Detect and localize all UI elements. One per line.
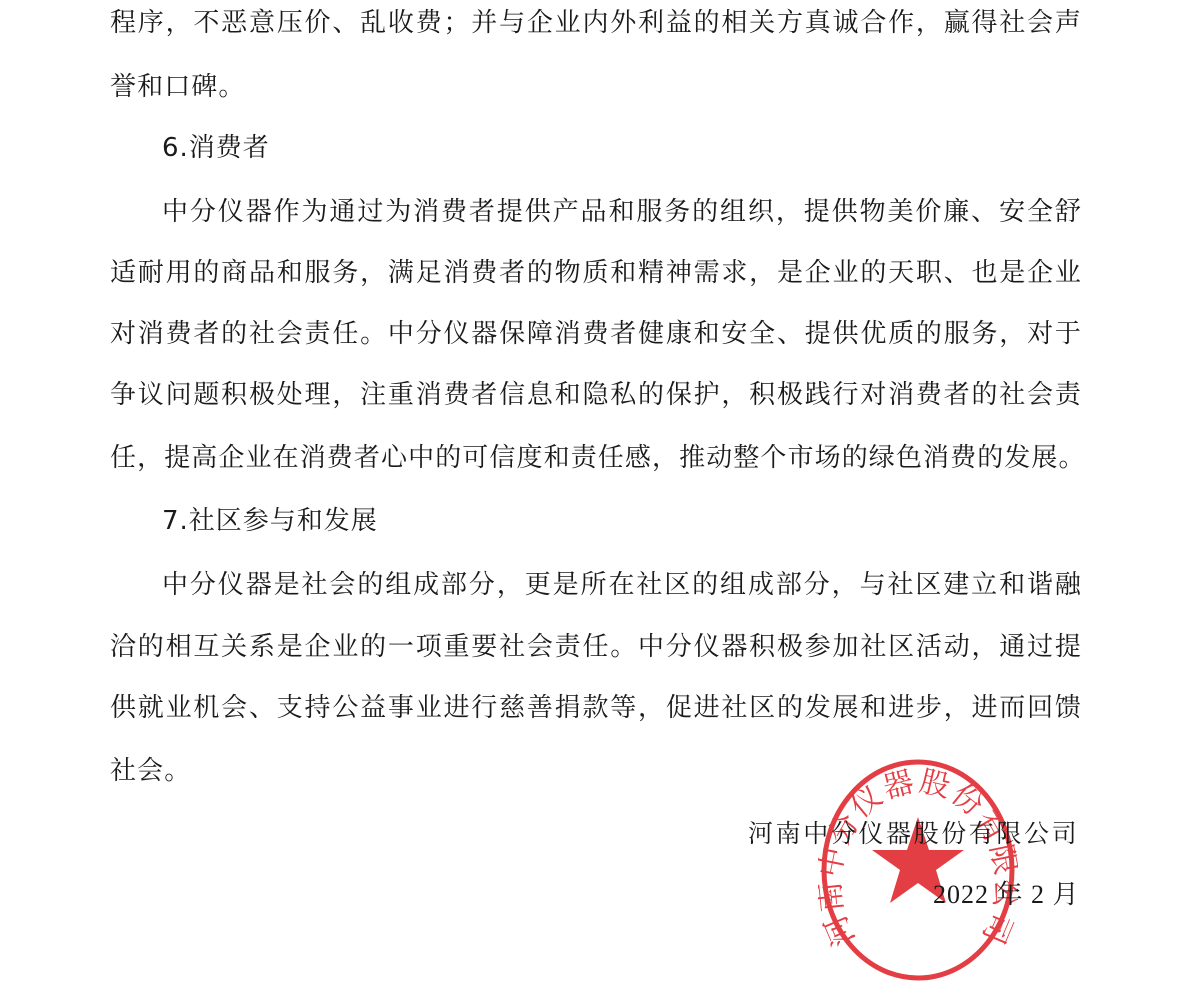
document-page: 程序，不恶意压价、乱收费；并与企业内外利益的相关方真诚合作，赢得社会声 誉和口碑… bbox=[0, 0, 1189, 1002]
paragraph-line: 中分仪器作为通过为消费者提供产品和服务的组织，提供物美价廉、安全舒 bbox=[162, 195, 1082, 229]
paragraph-line: 对消费者的社会责任。中分仪器保障消费者健康和安全、提供优质的服务，对于 bbox=[110, 317, 1082, 351]
company-seal-stamp: 河南中分仪器股份有限公司 bbox=[818, 755, 1018, 985]
paragraph-line: 中分仪器是社会的组成部分，更是所在社区的组成部分，与社区建立和谐融 bbox=[162, 568, 1082, 602]
section-heading-consumers: 6.消费者 bbox=[162, 131, 270, 165]
paragraph-line: 任，提高企业在消费者心中的可信度和责任感，推动整个市场的绿色消费的发展。 bbox=[110, 441, 1082, 475]
paragraph-line: 程序，不恶意压价、乱收费；并与企业内外利益的相关方真诚合作，赢得社会声 bbox=[110, 6, 1082, 40]
signature-date: 2022 年 2 月 bbox=[933, 878, 1080, 912]
svg-text:河南中分仪器股份有限公司: 河南中分仪器股份有限公司 bbox=[818, 764, 1018, 951]
paragraph-line: 誉和口碑。 bbox=[110, 70, 1082, 104]
paragraph-line: 供就业机会、支持公益事业进行慈善捐款等，促进社区的发展和进步，进而回馈 bbox=[110, 691, 1082, 725]
paragraph-line: 社会。 bbox=[110, 754, 1082, 788]
seal-text: 河南中分仪器股份有限公司 bbox=[818, 764, 1018, 951]
section-heading-community: 7.社区参与和发展 bbox=[162, 504, 378, 538]
paragraph-line: 洽的相互关系是企业的一项重要社会责任。中分仪器积极参加社区活动，通过提 bbox=[110, 630, 1082, 664]
paragraph-line: 适耐用的商品和服务，满足消费者的物质和精神需求，是企业的天职、也是企业 bbox=[110, 256, 1082, 290]
signature-company-name: 河南中分仪器股份有限公司 bbox=[748, 817, 1079, 851]
paragraph-line: 争议问题积极处理，注重消费者信息和隐私的保护，积极践行对消费者的社会责 bbox=[110, 378, 1082, 412]
